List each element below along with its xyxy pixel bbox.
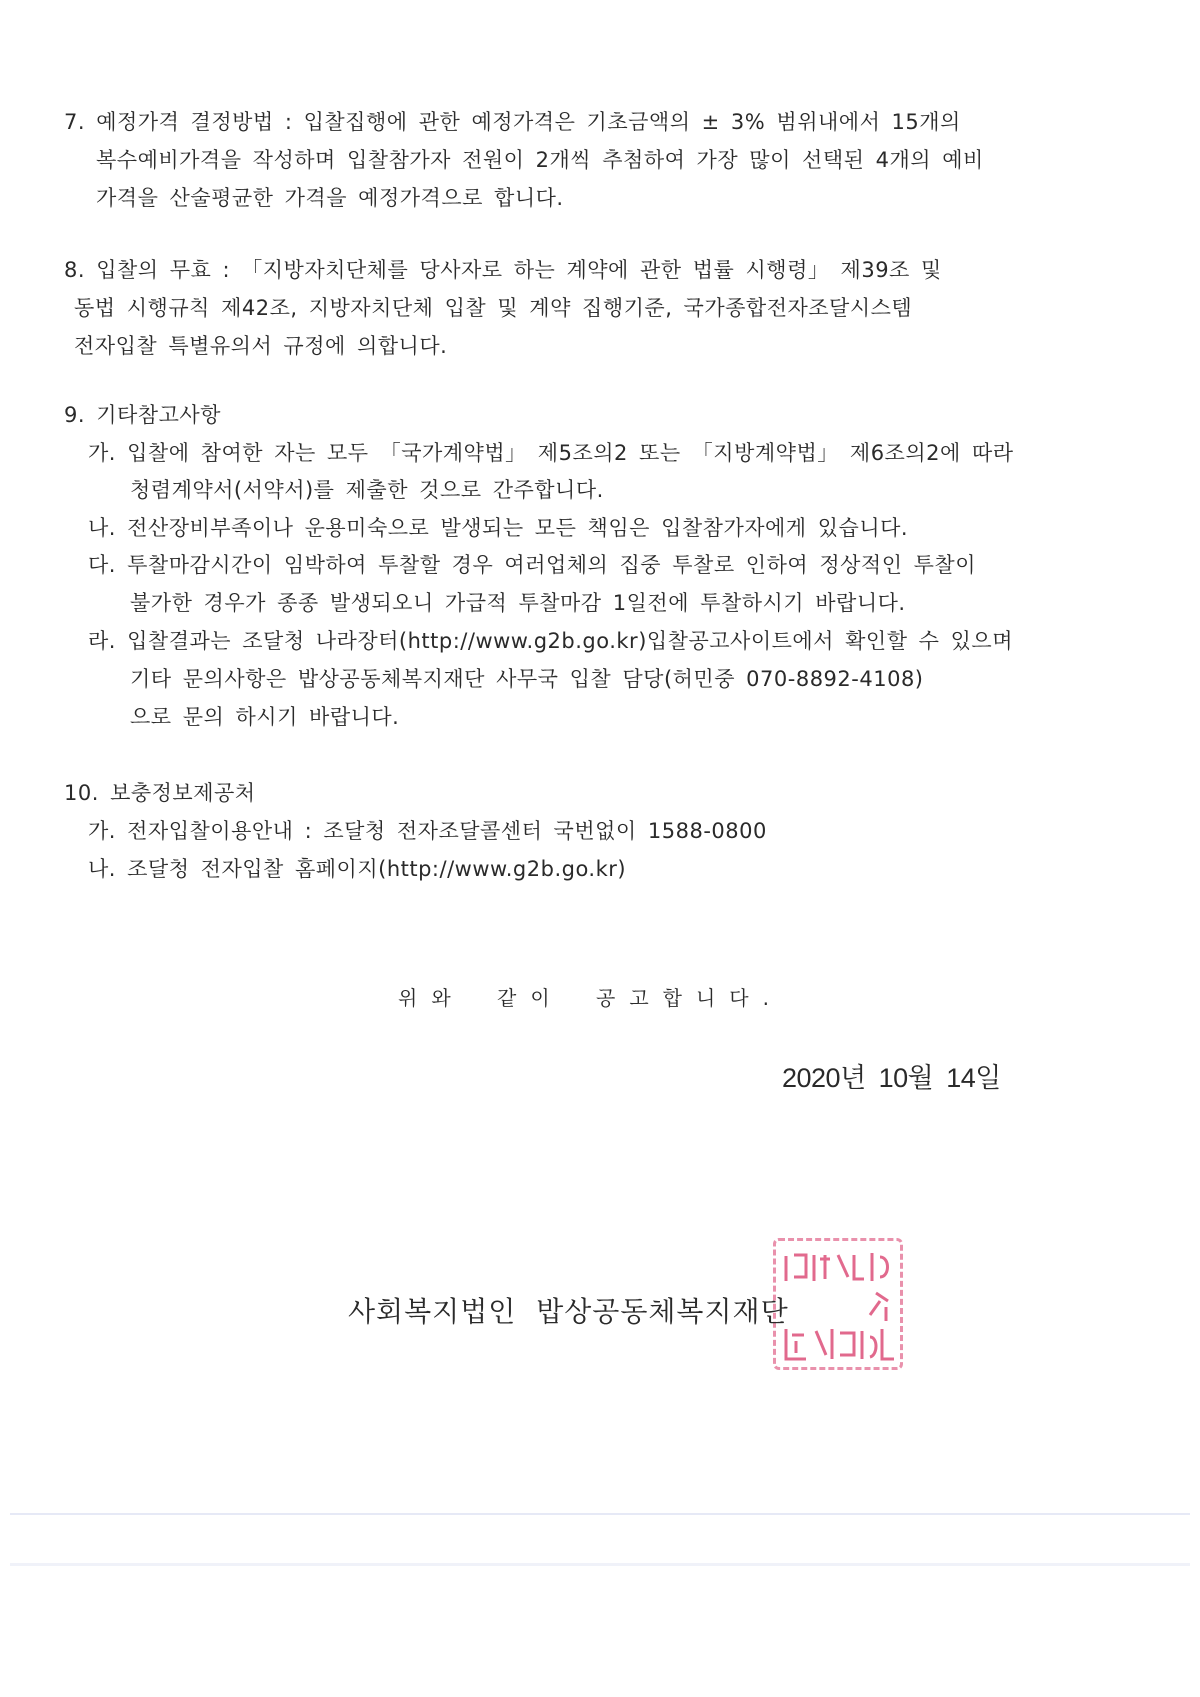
section-9-item-ra-line-2: 기타 문의사항은 밥상공동체복지재단 사무국 입찰 담당(허민중 070-889…	[130, 666, 924, 692]
organization-name: 사회복지법인 밥상공동체복지재단	[348, 1290, 789, 1330]
section-7-line-2: 복수예비가격을 작성하며 입찰참가자 전원이 2개씩 추첨하여 가장 많이 선택…	[96, 147, 984, 173]
scan-artifact-line	[10, 1563, 1190, 1566]
section-7-line-1: 7. 예정가격 결정방법 : 입찰집행에 관한 예정가격은 기초금액의 ± 3%…	[64, 109, 961, 135]
section-10-item-na: 나. 조달청 전자입찰 홈페이지(http://www.g2b.go.kr)	[88, 856, 626, 882]
section-10-item-ga: 가. 전자입찰이용안내 : 조달청 전자조달콜센터 국번없이 1588-0800	[88, 818, 767, 844]
section-8-line-1: 8. 입찰의 무효 : 「지방자치단체를 당사자로 하는 계약에 관한 법률 시…	[64, 257, 942, 283]
section-9-item-ra-line-3: 으로 문의 하시기 바랍니다.	[130, 704, 399, 730]
scan-artifact-line	[10, 1513, 1190, 1515]
section-7-line-3: 가격을 산술평균한 가격을 예정가격으로 합니다.	[96, 185, 564, 211]
section-8-line-2: 동법 시행규칙 제42조, 지방자치단체 입찰 및 계약 집행기준, 국가종합전…	[74, 295, 912, 321]
announcement-date: 2020년 10월 14일	[782, 1056, 1001, 1095]
section-9-item-da-line-2: 불가한 경우가 종종 발생되오니 가급적 투찰마감 1일전에 투찰하시기 바랍니…	[130, 590, 906, 616]
section-9-item-na: 나. 전산장비부족이나 운용미숙으로 발생되는 모든 책임은 입찰참가자에게 있…	[88, 515, 908, 541]
section-9-item-ra-line-1: 라. 입찰결과는 조달청 나라장터(http://www.g2b.go.kr)입…	[88, 628, 1013, 654]
official-seal-icon	[773, 1238, 903, 1370]
section-10-title: 10. 보충정보제공처	[64, 780, 256, 806]
section-9-item-ga-line-2: 청렴계약서(서약서)를 제출한 것으로 간주합니다.	[130, 477, 604, 503]
closing-statement: 위와 같이 공고합니다.	[398, 982, 783, 1011]
section-8-line-3: 전자입찰 특별유의서 규정에 의합니다.	[74, 333, 447, 359]
section-9-title: 9. 기타참고사항	[64, 402, 221, 428]
section-9-item-ga-line-1: 가. 입찰에 참여한 자는 모두 「국가계약법」 제5조의2 또는 「지방계약법…	[88, 440, 1014, 466]
section-9-item-da-line-1: 다. 투찰마감시간이 임박하여 투찰할 경우 여러업체의 집중 투찰로 인하여 …	[88, 552, 976, 578]
